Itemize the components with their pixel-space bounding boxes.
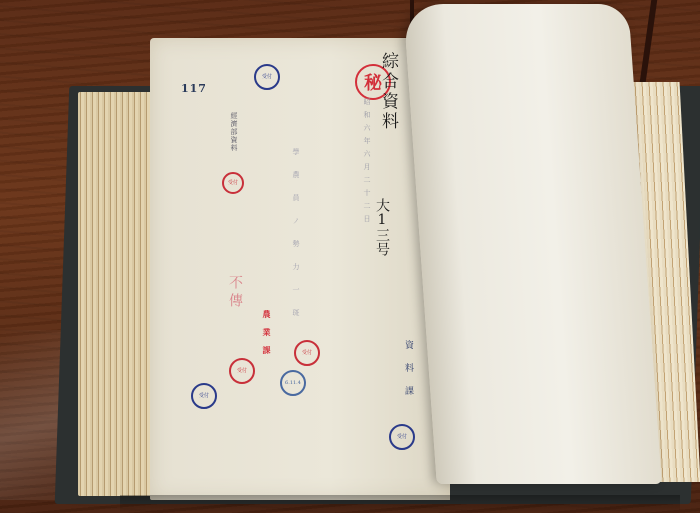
receipt-stamp-icon: 受付	[254, 64, 280, 90]
receipt-stamp-icon: 受付	[222, 172, 244, 194]
date-line: 昭和六年六月二十二日	[362, 98, 372, 228]
document-title: 學農員ノ勢力一斑	[291, 148, 301, 332]
date-stamp-icon: 6.11.4	[280, 370, 306, 396]
receipt-stamp-icon: 受付	[294, 340, 320, 366]
page-number: 117	[181, 82, 207, 95]
blue-department-stamp: 資料課	[402, 340, 415, 409]
handwritten-title: 綜合資料	[376, 52, 401, 132]
pencil-note: 不傳	[225, 275, 245, 311]
left-page-stack	[78, 92, 158, 496]
bureau-label: 經濟部資料	[229, 112, 239, 152]
receipt-stamp-icon: 受付	[229, 358, 255, 384]
right-page	[403, 4, 662, 484]
red-department-stamp: 農業課	[262, 310, 273, 364]
receipt-stamp-icon: 受付	[389, 424, 415, 450]
handwritten-number: 大1三号	[372, 198, 392, 256]
book-shadow	[120, 495, 680, 513]
receipt-stamp-icon: 受付	[191, 383, 217, 409]
